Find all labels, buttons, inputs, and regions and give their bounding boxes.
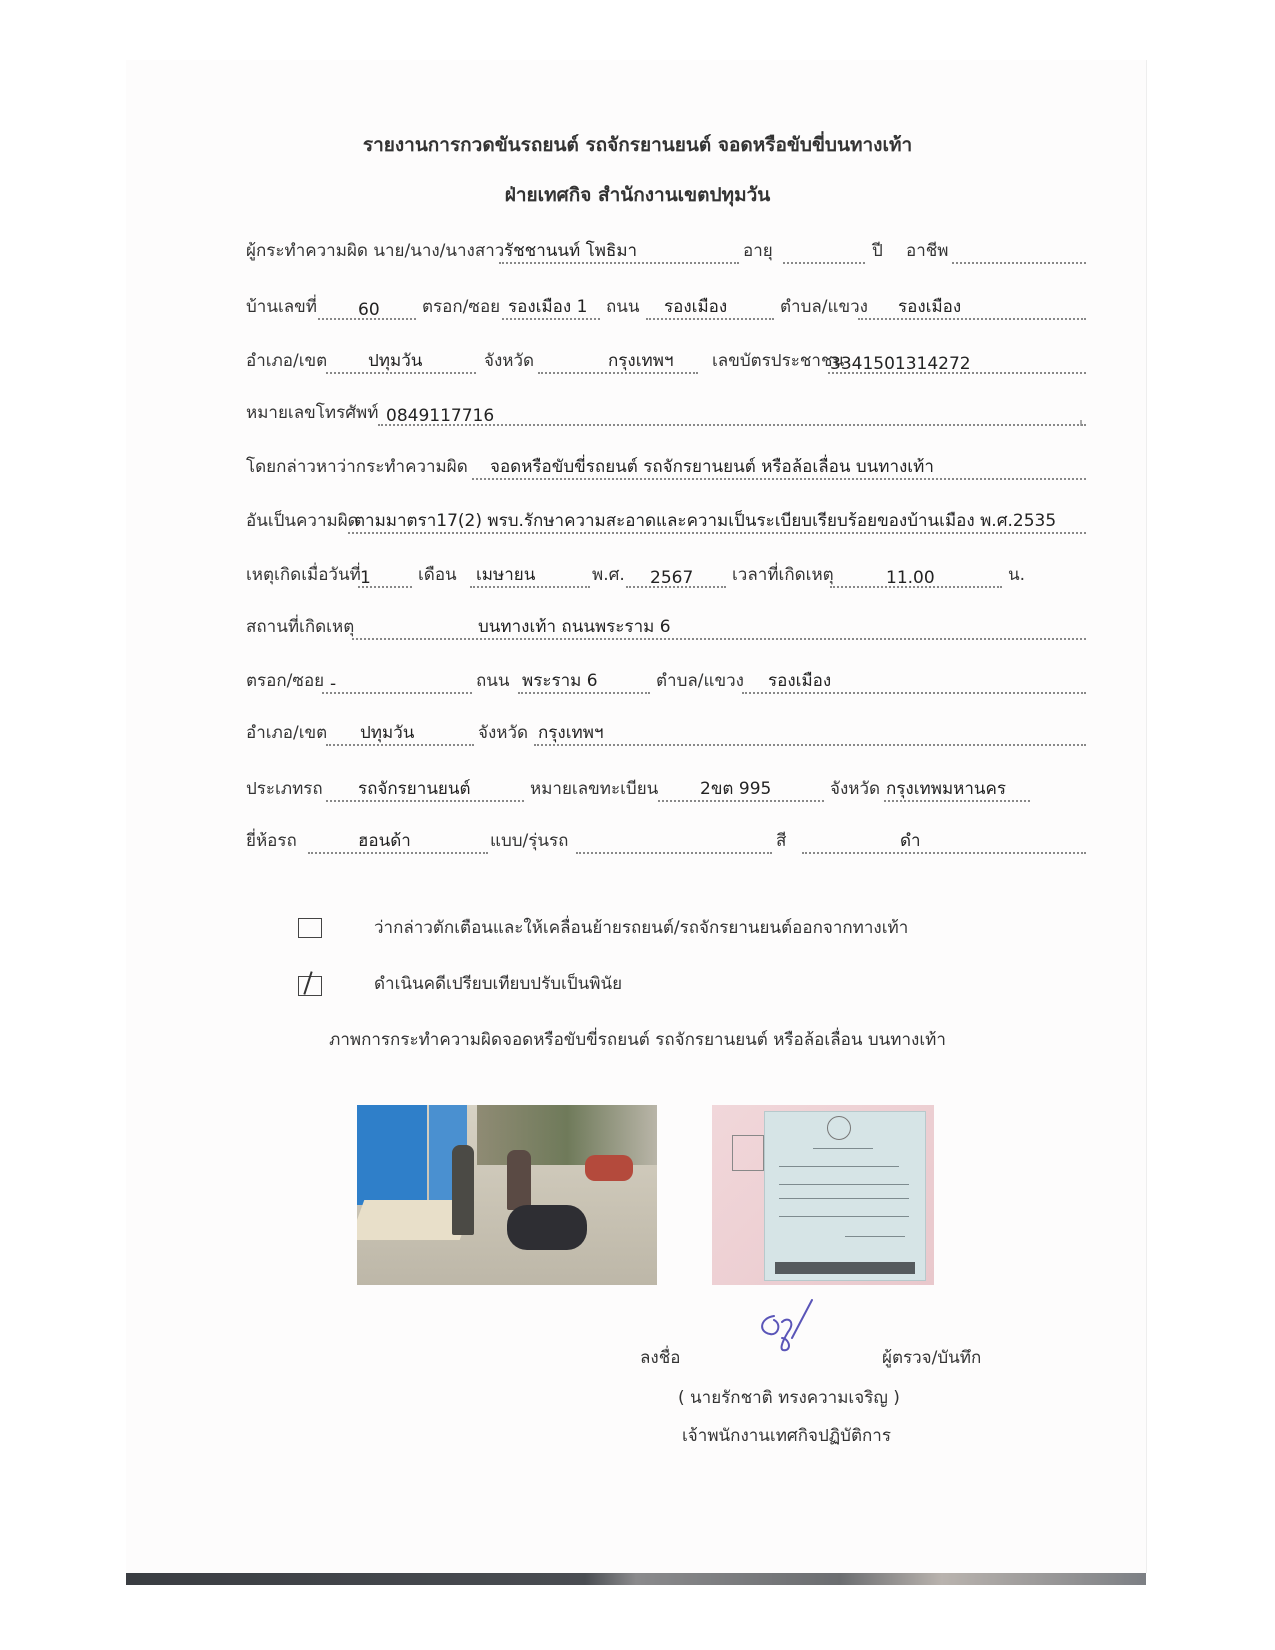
day-value[interactable]: 1 (360, 568, 371, 588)
be-year-label: พ.ศ. (592, 561, 625, 588)
fine-option-label: ดำเนินคดีเปรียบเทียบปรับเป็นพินัย (374, 970, 622, 997)
address-row: บ้านเลขที่ 60 ตรอก/ซอย รองเมือง 1 ถนน รอ… (246, 294, 1066, 326)
alley-value[interactable]: รองเมือง 1 (508, 293, 587, 320)
incident-province-value[interactable]: กรุงเทพฯ (538, 719, 604, 746)
incident-road-label: ถนน (476, 667, 510, 694)
phone-row: หมายเลขโทรศัพท์ 0849117716 (246, 400, 1066, 432)
incident-district-row: อำเภอ/เขต ปทุมวัน จังหวัด กรุงเทพฯ (246, 720, 1066, 752)
age-label: อายุ (743, 237, 773, 264)
photo-scene-icon (357, 1105, 657, 1285)
vehicle-type-value[interactable]: รถจักรยานยนต์ (358, 775, 471, 802)
place-row: สถานที่เกิดเหตุ บนทางเท้า ถนนพระราม 6 (246, 614, 1066, 646)
house-no-value[interactable]: 60 (358, 300, 380, 320)
offender-row: ผู้กระทำความผิด นาย/นาง/นางสาว รัชชานนท์… (246, 238, 1066, 270)
offense-label: อันเป็นความผิด (246, 507, 359, 534)
incident-address-row: ตรอก/ซอย - ถนน พระราม 6 ตำบล/แขวง รองเมื… (246, 668, 1066, 700)
time-value[interactable]: 11.00 (886, 568, 935, 588)
incident-alley-label: ตรอก/ซอย (246, 667, 324, 694)
month-value[interactable]: เมษายน (476, 561, 535, 588)
place-value[interactable]: บนทางเท้า ถนนพระราม 6 (478, 613, 671, 640)
year-unit-label: ปี (872, 237, 883, 264)
photo-ticket-icon (712, 1105, 934, 1285)
alley-label: ตรอก/ซอย (422, 293, 500, 320)
be-year-value[interactable]: 2567 (650, 568, 693, 588)
id-card-label: เลขบัตรประชาชน (712, 347, 844, 374)
brand-value[interactable]: ฮอนด้า (358, 827, 411, 854)
offender-name[interactable]: รัชชานนท์ โพธิมา (504, 237, 637, 264)
incident-subdistrict-value[interactable]: รองเมือง (768, 667, 831, 694)
incident-subdistrict-label: ตำบล/แขวง (656, 667, 744, 694)
occupation-label: อาชีพ (906, 237, 949, 264)
phone-label: หมายเลขโทรศัพท์ (246, 399, 378, 426)
incident-province-label: จังหวัด (478, 719, 528, 746)
incident-date-row: เหตุเกิดเมื่อวันที่ 1 เดือน เมษายน พ.ศ. … (246, 562, 1066, 594)
place-label: สถานที่เกิดเหตุ (246, 613, 354, 640)
fine-checkbox[interactable] (298, 976, 322, 996)
document-title: รายงานการกวดขันรถยนต์ รถจักรยานยนต์ จอดห… (0, 130, 1275, 160)
signer-position: เจ้าพนักงานเทศกิจปฏิบัติการ (682, 1422, 891, 1449)
plate-province-label: จังหวัด (830, 775, 880, 802)
id-card-value[interactable]: 3341501314272 (830, 354, 971, 374)
offense-value[interactable]: ตามมาตรา17(2) พรบ.รักษาความสะอาดและความเ… (354, 507, 1056, 534)
district-value[interactable]: ปทุมวัน (368, 347, 422, 374)
signature-mark-icon (752, 1298, 822, 1358)
document-subtitle: ฝ่ายเทศกิจ สำนักงานเขตปทุมวัน (0, 180, 1275, 210)
province-value[interactable]: กรุงเทพฯ (608, 347, 674, 374)
district-label: อำเภอ/เขต (246, 347, 327, 374)
warn-checkbox[interactable] (298, 918, 322, 938)
time-unit: น. (1008, 561, 1025, 588)
signer-name: ( นายรักชาติ ทรงความเจริญ ) (678, 1384, 900, 1411)
phone-value[interactable]: 0849117716 (386, 406, 494, 426)
incident-road-value[interactable]: พระราม 6 (522, 667, 598, 694)
offender-label: ผู้กระทำความผิด นาย/นาง/นางสาว (246, 237, 504, 264)
incident-alley-value[interactable]: - (330, 674, 336, 694)
incident-district-value[interactable]: ปทุมวัน (360, 719, 414, 746)
house-no-label: บ้านเลขที่ (246, 293, 317, 320)
color-value[interactable]: ดำ (900, 827, 921, 854)
sign-label: ลงชื่อ (640, 1344, 680, 1371)
road-label: ถนน (606, 293, 640, 320)
paper-sheet (126, 60, 1147, 1573)
accused-value[interactable]: จอดหรือขับขี่รถยนต์ รถจักรยานยนต์ หรือล้… (490, 453, 934, 480)
subdistrict-value[interactable]: รองเมือง (898, 293, 961, 320)
scanner-edge (126, 1573, 1146, 1585)
vehicle-row: ประเภทรถ รถจักรยานยนต์ หมายเลขทะเบียน 2ข… (246, 776, 1066, 808)
vehicle-type-label: ประเภทรถ (246, 775, 323, 802)
model-label: แบบ/รุ่นรถ (490, 827, 568, 854)
vehicle-brand-row: ยี่ห้อรถ ฮอนด้า แบบ/รุ่นรถ สี ดำ (246, 828, 1066, 860)
accused-label: โดยกล่าวหาว่ากระทำความผิด (246, 453, 468, 480)
plate-label: หมายเลขทะเบียน (530, 775, 658, 802)
subdistrict-label: ตำบล/แขวง (780, 293, 868, 320)
incident-district-label: อำเภอ/เขต (246, 719, 327, 746)
road-value[interactable]: รองเมือง (664, 293, 727, 320)
plate-province-value[interactable]: กรุงเทพมหานคร (886, 775, 1006, 802)
month-label: เดือน (418, 561, 457, 588)
photos-caption: ภาพการกระทำความผิดจอดหรือขับขี่รถยนต์ รถ… (0, 1026, 1275, 1053)
district-row: อำเภอ/เขต ปทุมวัน จังหวัด กรุงเทพฯ เลขบั… (246, 348, 1066, 380)
plate-value[interactable]: 2ขต 995 (700, 775, 771, 802)
offense-row: อันเป็นความผิด ตามมาตรา17(2) พรบ.รักษาคว… (246, 508, 1066, 540)
brand-label: ยี่ห้อรถ (246, 827, 297, 854)
time-label: เวลาที่เกิดเหตุ (732, 561, 834, 588)
accused-row: โดยกล่าวหาว่ากระทำความผิด จอดหรือขับขี่ร… (246, 454, 1066, 486)
day-label: เหตุเกิดเมื่อวันที่ (246, 561, 361, 588)
province-label: จังหวัด (484, 347, 534, 374)
warn-option-label: ว่ากล่าวตักเตือนและให้เคลื่อนย้ายรถยนต์/… (374, 914, 908, 941)
color-label: สี (776, 827, 786, 854)
role-label: ผู้ตรวจ/บันทึก (882, 1344, 981, 1371)
